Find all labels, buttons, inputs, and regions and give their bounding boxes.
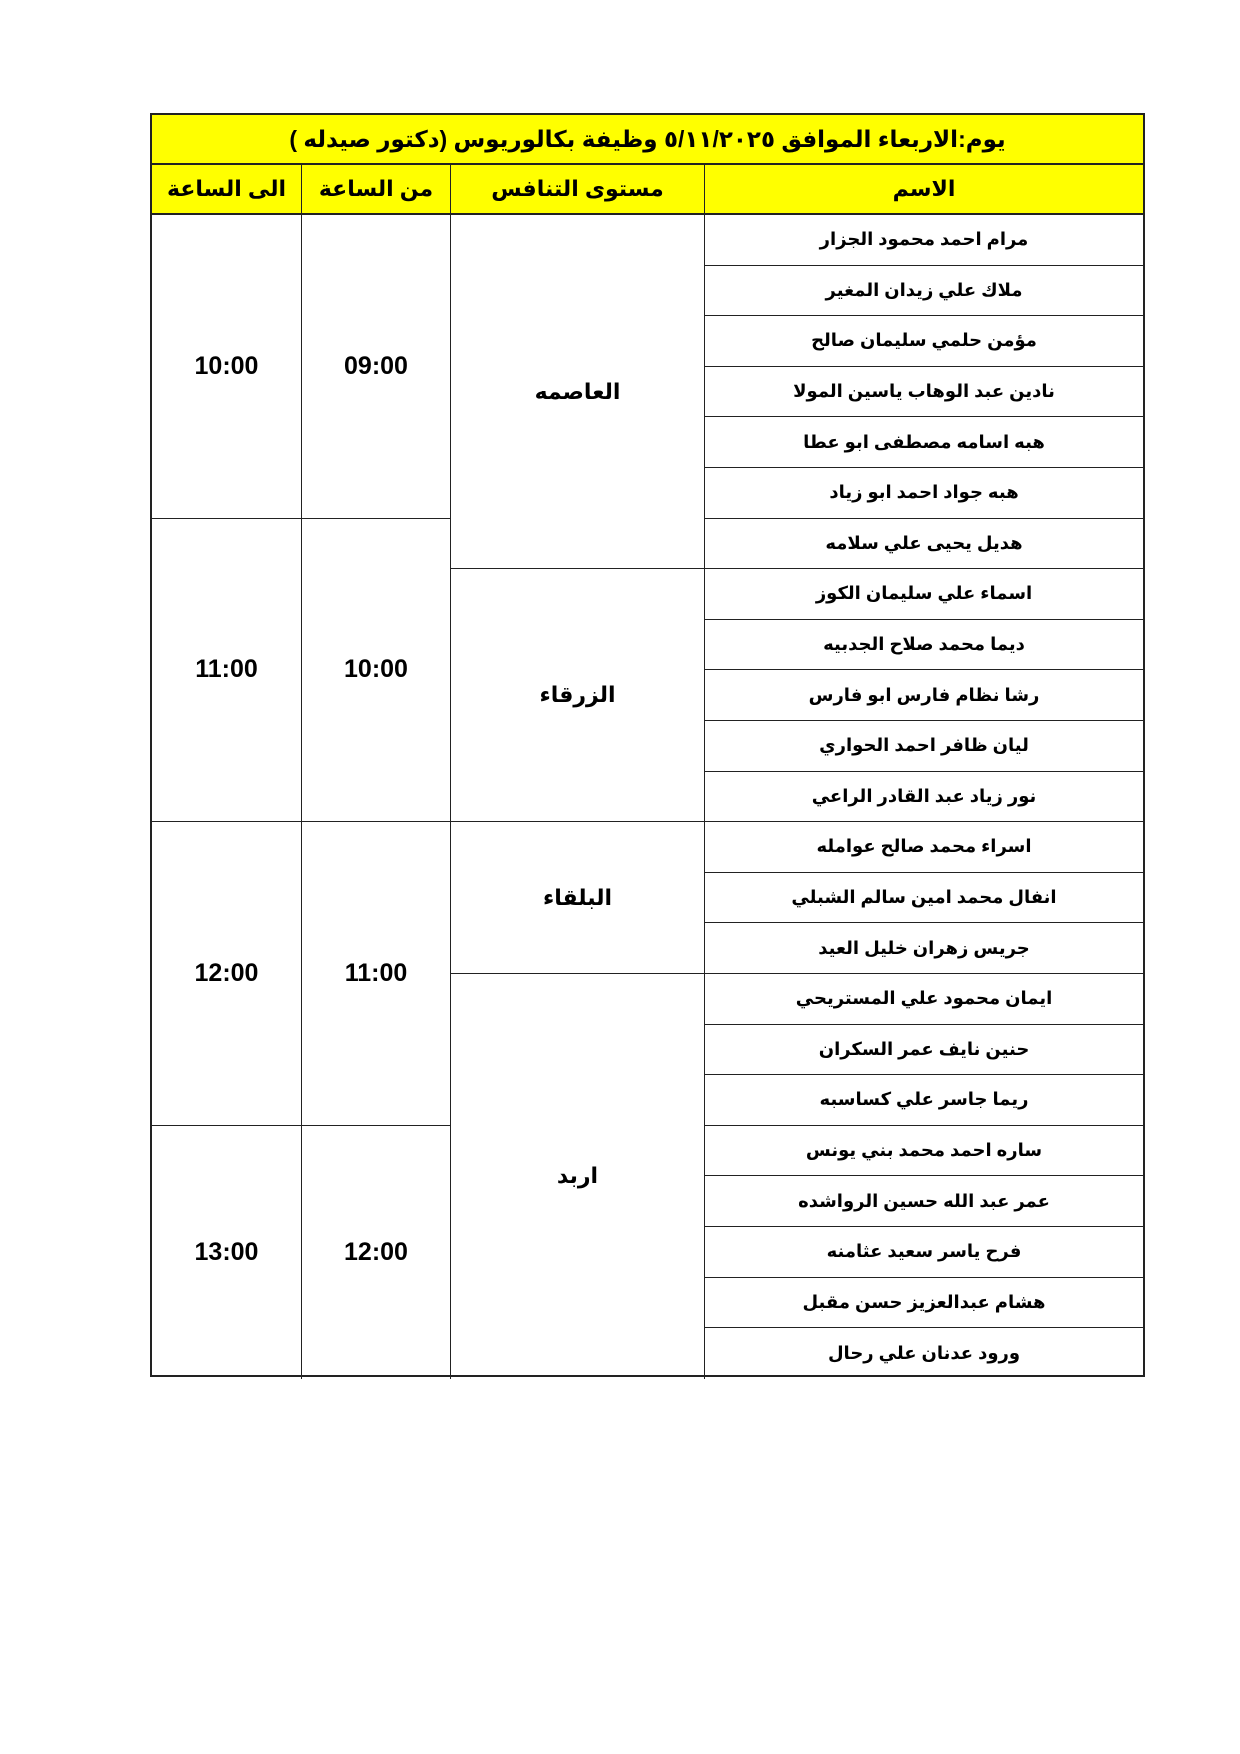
competition-level-cell: اربد (451, 974, 705, 1379)
table-row-name: نادين عبد الوهاب ياسين المولا (705, 367, 1143, 418)
table-row-name: فرح ياسر سعيد عثامنه (705, 1227, 1143, 1278)
table-row-name: اسماء علي سليمان الكوز (705, 569, 1143, 620)
table-row-name: انفال محمد امين سالم الشبلي (705, 873, 1143, 924)
table-row-name: ديما محمد صلاح الجدبيه (705, 620, 1143, 671)
table-row-name: ريما جاسر علي كساسبه (705, 1075, 1143, 1126)
table-row-name: هشام عبدالعزيز حسن مقبل (705, 1278, 1143, 1329)
table-row-name: هديل يحيى علي سلامه (705, 519, 1143, 570)
from-time-cell: 10:00 (302, 519, 451, 823)
table-row-name: نور زياد عبد القادر الراعي (705, 772, 1143, 823)
competition-level-cell: البلقاء (451, 822, 705, 974)
from-time-cell: 12:00 (302, 1126, 451, 1379)
competition-level-cell: الزرقاء (451, 569, 705, 822)
header-name: الاسم (705, 165, 1143, 215)
table-title: يوم:الاربعاء الموافق ٥/١١/٢٠٢٥ وظيفة بكا… (152, 115, 1143, 165)
table-row-name: هبه جواد احمد ابو زياد (705, 468, 1143, 519)
header-from-time: من الساعة (302, 165, 451, 215)
to-time-cell: 12:00 (152, 822, 302, 1126)
table-row-name: اسراء محمد صالح عوامله (705, 822, 1143, 873)
table-row-name: ملاك علي زيدان المغير (705, 266, 1143, 317)
to-time-cell: 13:00 (152, 1126, 302, 1379)
table-row-name: مرام احمد محمود الجزار (705, 215, 1143, 266)
to-time-cell: 11:00 (152, 519, 302, 823)
competition-level-cell: العاصمه (451, 215, 705, 569)
table-row-name: هبه اسامه مصطفى ابو عطا (705, 417, 1143, 468)
table-row-name: رشا نظام فارس ابو فارس (705, 670, 1143, 721)
table-row-name: جريس زهران خليل العيد (705, 923, 1143, 974)
table-row-name: ورود عدنان علي رحال (705, 1328, 1143, 1379)
table-row-name: عمر عبد الله حسين الرواشده (705, 1176, 1143, 1227)
from-time-cell: 09:00 (302, 215, 451, 519)
from-time-cell: 11:00 (302, 822, 451, 1126)
table-row-name: ايمان محمود علي المستريحي (705, 974, 1143, 1025)
table-row-name: ليان ظافر احمد الحواري (705, 721, 1143, 772)
table-row-name: حنين نايف عمر السكران (705, 1025, 1143, 1076)
document-page: يوم:الاربعاء الموافق ٥/١١/٢٠٢٥ وظيفة بكا… (0, 0, 1240, 1754)
to-time-cell: 10:00 (152, 215, 302, 519)
header-to-time: الى الساعة (152, 165, 302, 215)
table-row-name: ساره احمد محمد بني يونس (705, 1126, 1143, 1177)
table-row-name: مؤمن حلمي سليمان صالح (705, 316, 1143, 367)
schedule-table: يوم:الاربعاء الموافق ٥/١١/٢٠٢٥ وظيفة بكا… (150, 113, 1145, 1377)
header-competition-level: مستوى التنافس (451, 165, 705, 215)
